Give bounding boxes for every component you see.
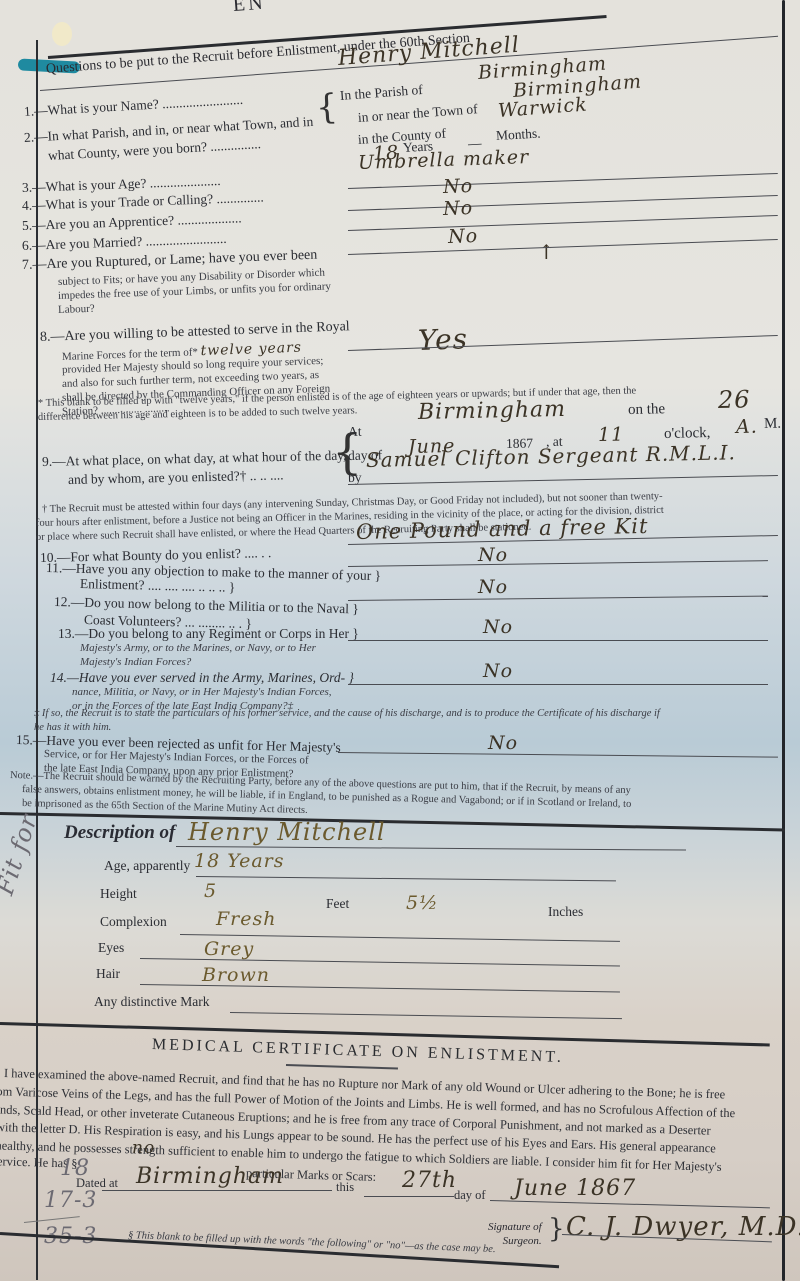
- margin-calc-2: 17-3: [44, 1188, 97, 1213]
- question-7-sub-3: Labour?: [58, 303, 95, 316]
- day-of-label: day of: [454, 1186, 486, 1205]
- day-rule: [364, 1196, 454, 1197]
- height-inches-value: 5½: [406, 892, 439, 914]
- mark-rule: [230, 1012, 622, 1019]
- enlistment-form: EN Questions to be put to the Recruit be…: [18, 0, 770, 1281]
- description-title: Description of: [64, 822, 175, 844]
- height-label: Height: [100, 886, 137, 902]
- question-13: 13.—Do you belong to any Regiment or Cor…: [58, 626, 359, 642]
- question-13-sub-2: Majesty's Indian Forces?: [80, 656, 191, 668]
- answer-rule: [348, 684, 768, 685]
- answer-trade: Umbrella maker: [358, 146, 530, 174]
- brace: {: [315, 87, 339, 128]
- question-6: 6.—Are you Married? ....................…: [22, 231, 227, 254]
- question-1: 1.—What is your Name? ..................…: [24, 92, 244, 120]
- medical-title: MEDICAL CERTIFICATE ON ENLISTMENT.: [152, 1036, 564, 1067]
- answer-willing: Yes: [417, 322, 468, 357]
- feet-label: Feet: [326, 896, 349, 912]
- question-9: 9.—At what place, on what day, at what h…: [42, 448, 347, 470]
- answer-rule: [348, 215, 778, 231]
- age-value: 18 Years: [194, 850, 285, 872]
- frame-right-border: [782, 0, 785, 1281]
- question-8: 8.—Are you willing to be attested to ser…: [40, 319, 350, 346]
- enlist-ampm: A.: [736, 416, 758, 438]
- county-value: Warwick: [497, 93, 588, 122]
- question-14-sub-1: nance, Militia, or Navy, or in Her Majes…: [72, 686, 332, 698]
- parish-label: In the Parish of: [339, 82, 423, 104]
- hair-rule: [140, 984, 620, 993]
- this-label: this: [336, 1178, 354, 1197]
- calc-rule: [24, 1216, 80, 1223]
- age-rule: [196, 876, 616, 881]
- question-9-sub: and by whom, are you enlisted?† .. .. ..…: [68, 467, 284, 488]
- enlist-place: Birmingham: [418, 397, 567, 425]
- answer-militia: No: [478, 576, 508, 598]
- distinctive-mark-label: Any distinctive Mark: [94, 994, 209, 1010]
- months-label: Months.: [496, 126, 541, 144]
- eyes-label: Eyes: [98, 940, 124, 956]
- question-13-sub-1: Majesty's Army, or to the Marines, or Na…: [80, 642, 316, 654]
- answer-served: No: [483, 660, 513, 682]
- paper-fastener: [52, 22, 72, 46]
- answer-rule: [348, 560, 768, 567]
- answer-married: No: [443, 197, 474, 220]
- cert-day: 27th: [402, 1168, 457, 1193]
- answer-objection: No: [478, 544, 508, 566]
- answer-rule: [348, 195, 778, 211]
- answer-apprentice: No: [443, 175, 474, 198]
- answer-regiment: No: [483, 616, 513, 638]
- question-14: 14.—Have you ever served in the Army, Ma…: [50, 670, 354, 686]
- complexion-value: Fresh: [216, 908, 277, 930]
- answer-rule: [348, 640, 768, 641]
- inches-label: Inches: [548, 904, 583, 920]
- form-title: EN: [232, 0, 266, 17]
- answer-ruptured: No: [448, 225, 479, 248]
- arrow-mark: ↑: [538, 240, 556, 264]
- signature-label: Signature ofSurgeon.: [488, 1220, 542, 1248]
- town-label: in or near the Town of: [357, 101, 478, 126]
- on-the-label: on the: [628, 401, 665, 419]
- question-11-sub: Enlistment? .... .... .... .. .. .. }: [80, 576, 236, 596]
- height-feet-value: 5: [204, 880, 217, 902]
- description-name: Henry Mitchell: [188, 818, 386, 846]
- age-label: Age, apparently: [104, 858, 190, 874]
- answer-rule: [348, 596, 768, 601]
- hair-label: Hair: [96, 966, 120, 982]
- m-label: M.: [764, 416, 781, 433]
- month-rule: [490, 1200, 770, 1208]
- complexion-label: Complexion: [100, 914, 167, 930]
- answer-rejected: No: [488, 732, 518, 754]
- answer-rule: [348, 475, 778, 485]
- dated-rule: [102, 1190, 332, 1191]
- dated-place: Birmingham: [136, 1164, 284, 1189]
- footnote-former-service-1: ‡ If so, the Recruit is to state the par…: [34, 708, 660, 719]
- answer-rule: [348, 239, 778, 255]
- at-label: At: [348, 424, 362, 440]
- answer-rule: [348, 335, 778, 351]
- marks-value: no: [132, 1138, 155, 1158]
- answer-rule: [338, 752, 778, 758]
- answer-rule: [348, 173, 778, 189]
- enlist-day: 26: [718, 385, 751, 414]
- footnote-former-service-2: he has it with him.: [34, 722, 111, 733]
- eyes-value: Grey: [204, 938, 254, 960]
- hair-value: Brown: [202, 964, 270, 986]
- brace: }: [548, 1214, 565, 1244]
- cert-month-year: June 1867: [514, 1176, 636, 1201]
- title-underline: [286, 1064, 398, 1070]
